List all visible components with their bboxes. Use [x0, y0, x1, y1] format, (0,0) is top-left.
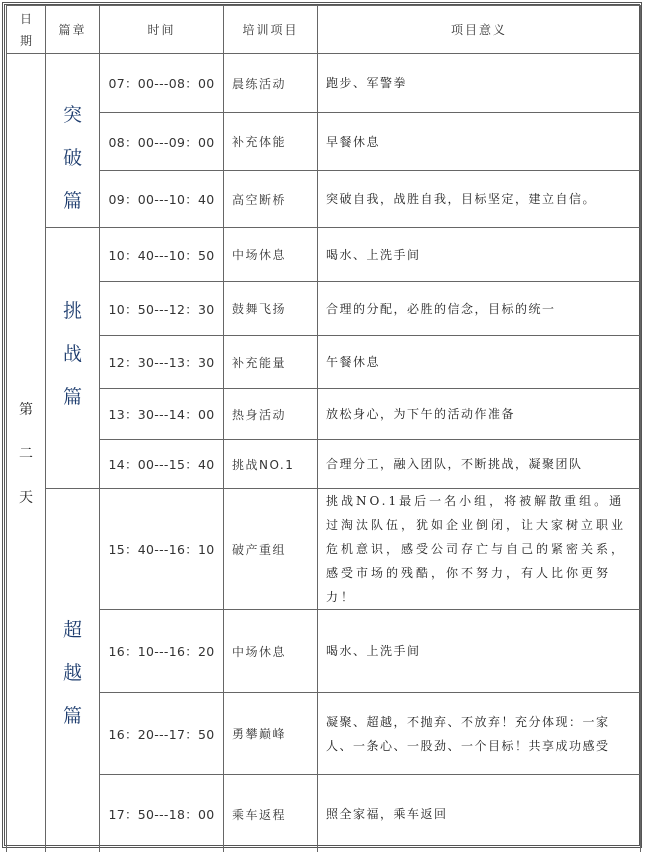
- item-cell: 鼓舞飞扬: [224, 282, 318, 336]
- header-chapter: 篇章: [46, 6, 100, 54]
- meaning-cell: 凝聚、超越，不抛弃、不放弃！充分体现：一家人、一条心、一股劲、一个目标！共享成功…: [318, 693, 641, 775]
- time-cell: 10：50---12：30: [100, 282, 224, 336]
- table-row: 超越篇 15：40---16：10 破产重组 挑战NO.1最后一名小组，将被解散…: [7, 489, 641, 610]
- item-cell: 中场休息: [224, 610, 318, 693]
- item-cell: 热身活动: [224, 389, 318, 440]
- header-item: 培训项目: [224, 6, 318, 54]
- header-time: 时间: [100, 6, 224, 54]
- item-cell: 补充能量: [224, 336, 318, 389]
- table-row: 挑战篇 10：40---10：50 中场休息 喝水、上洗手间: [7, 228, 641, 282]
- table-row: 13：30---14：00 热身活动 放松身心，为下午的活动作准备: [7, 389, 641, 440]
- time-cell: 16：10---16：20: [100, 610, 224, 693]
- day-cell: 第二天: [7, 54, 46, 852]
- chapter-cell-challenge: 挑战篇: [46, 228, 100, 489]
- time-cell: 15：40---16：10: [100, 489, 224, 610]
- meaning-cell: 早餐休息: [318, 113, 641, 171]
- header-row: 日期 篇章 时间 培训项目 项目意义: [7, 6, 641, 54]
- training-schedule-table: 日期 篇章 时间 培训项目 项目意义 第二天 突破篇 07：00---08：00…: [6, 5, 641, 852]
- item-cell: 挑战NO.1: [224, 440, 318, 489]
- time-cell: 10：40---10：50: [100, 228, 224, 282]
- item-cell: 高空断桥: [224, 171, 318, 228]
- meaning-cell: 放松身心，为下午的活动作准备: [318, 389, 641, 440]
- chapter-cell-breakthrough: 突破篇: [46, 54, 100, 228]
- item-cell: 补充体能: [224, 113, 318, 171]
- chapter-label: 突破篇: [63, 104, 82, 212]
- chapter-label: 超越篇: [63, 619, 82, 727]
- table-row: 14：00---15：40 挑战NO.1 合理分工，融入团队，不断挑战，凝聚团队: [7, 440, 641, 489]
- time-cell: 08：00---09：00: [100, 113, 224, 171]
- table-row: 16：20---17：50 勇攀巅峰 凝聚、超越，不抛弃、不放弃！充分体现：一家…: [7, 693, 641, 775]
- meaning-cell: 突破自我，战胜自我，目标坚定，建立自信。: [318, 171, 641, 228]
- item-cell: 中场休息: [224, 228, 318, 282]
- item-cell: 勇攀巅峰: [224, 693, 318, 775]
- table-row: 17：50---18：00 乘车返程 照全家福，乘车返回: [7, 775, 641, 852]
- table-row: 16：10---16：20 中场休息 喝水、上洗手间: [7, 610, 641, 693]
- item-cell: 破产重组: [224, 489, 318, 610]
- table-row: 12：30---13：30 补充能量 午餐休息: [7, 336, 641, 389]
- table-row: 08：00---09：00 补充体能 早餐休息: [7, 113, 641, 171]
- meaning-cell: 跑步、军警拳: [318, 54, 641, 113]
- table-row: 第二天 突破篇 07：00---08：00 晨练活动 跑步、军警拳: [7, 54, 641, 113]
- table-row: 09：00---10：40 高空断桥 突破自我，战胜自我，目标坚定，建立自信。: [7, 171, 641, 228]
- time-cell: 17：50---18：00: [100, 775, 224, 852]
- time-cell: 16：20---17：50: [100, 693, 224, 775]
- meaning-cell: 合理的分配，必胜的信念，目标的统一: [318, 282, 641, 336]
- time-cell: 07：00---08：00: [100, 54, 224, 113]
- chapter-cell-surpass: 超越篇: [46, 489, 100, 852]
- chapter-label: 挑战篇: [63, 300, 82, 408]
- table-row: 10：50---12：30 鼓舞飞扬 合理的分配，必胜的信念，目标的统一: [7, 282, 641, 336]
- time-cell: 09：00---10：40: [100, 171, 224, 228]
- item-cell: 晨练活动: [224, 54, 318, 113]
- time-cell: 13：30---14：00: [100, 389, 224, 440]
- meaning-cell: 喝水、上洗手间: [318, 610, 641, 693]
- header-meaning: 项目意义: [318, 6, 641, 54]
- meaning-cell: 午餐休息: [318, 336, 641, 389]
- header-date: 日期: [7, 6, 46, 54]
- meaning-cell: 照全家福，乘车返回: [318, 775, 641, 852]
- meaning-cell: 合理分工，融入团队，不断挑战，凝聚团队: [318, 440, 641, 489]
- item-cell: 乘车返程: [224, 775, 318, 852]
- time-cell: 14：00---15：40: [100, 440, 224, 489]
- meaning-cell: 喝水、上洗手间: [318, 228, 641, 282]
- time-cell: 12：30---13：30: [100, 336, 224, 389]
- day-label: 第二天: [19, 402, 33, 506]
- meaning-cell: 挑战NO.1最后一名小组，将被解散重组。通过淘汰队伍，犹如企业倒闭，让大家树立职…: [318, 489, 641, 610]
